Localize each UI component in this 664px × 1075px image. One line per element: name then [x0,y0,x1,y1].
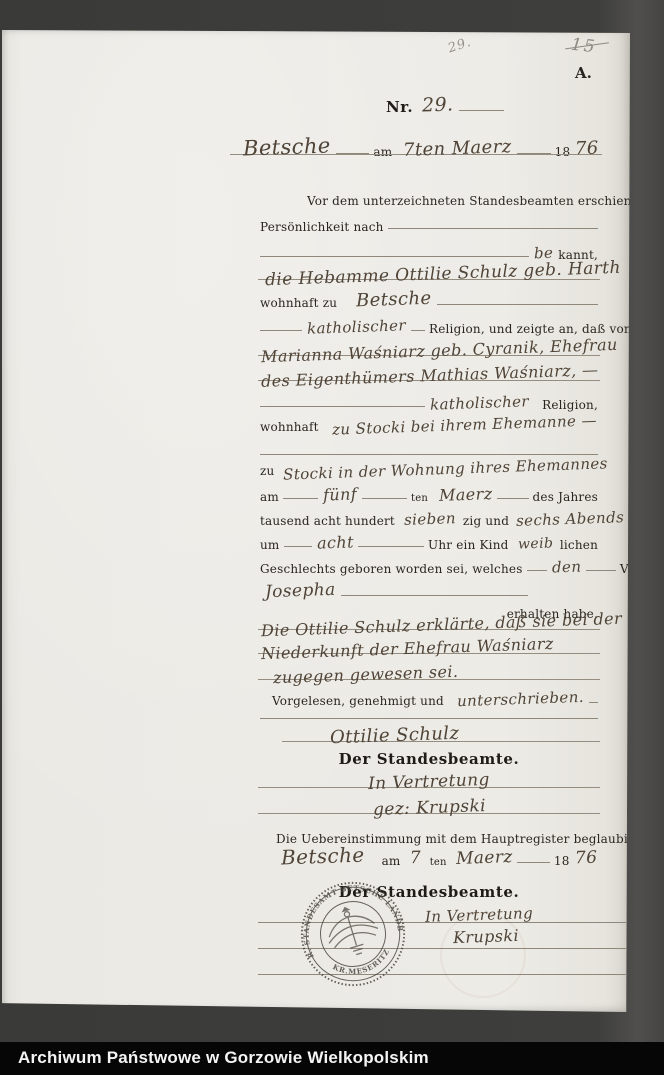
blank-line [260,252,529,257]
printed-text: Vor dem unterzeichneten Standesbeamten e… [305,194,664,208]
blank-line [586,566,616,571]
blank-line [362,494,407,499]
handwritten-text: den [548,557,584,576]
crossed-page-number: 15 [570,35,598,58]
date-year: 76 [572,137,602,159]
blank-line [358,542,424,547]
form-row: Der Standesbeamte. [258,742,600,768]
form-row: In Vertretung [258,766,600,792]
blank-line [260,402,425,407]
blank-line [260,714,598,719]
form-row: Die Ottilie Schulz erklärte, daß sie bei… [258,608,600,634]
printed-text: Geschlechts geboren worden sei, welches [258,562,525,576]
handwritten-text: Maerz [452,847,515,869]
birth-date-row: amfünftenMaerzdes Jahres [258,478,600,504]
form-row: zuStocki in der Wohnung ihres Ehemannes [258,452,600,478]
stamp-bottom-text: KR.MESERITZ [329,945,395,983]
blank-line [437,300,598,305]
pencil-number: 29. [446,35,473,57]
blank-line [497,494,528,499]
printed-text: ten [428,857,449,868]
printed-text: wohnhaft zu [258,296,339,310]
blank-line [388,224,598,229]
bleed-through-stamp [440,912,526,998]
form-row: Persönlichkeit nach [258,208,600,234]
birth-time-row: umachtUhr ein Kindweiblichen [258,526,600,552]
svg-text:KR.MESERITZ: KR.MESERITZ [329,945,395,983]
father-row: des Eigenthümers Mathias Waśniarz, — [258,359,600,385]
form-row: wohnhaft zuBetsche [258,284,600,310]
place-date-row: Betscheam7ten Maerz1876 [230,133,602,159]
corner-letter-a: A. [575,64,592,82]
blank-line [260,326,302,331]
mother-row: Marianna Waśniarz geb. Cyranik, Ehefrau [258,334,600,360]
blank-line [284,542,312,547]
form-row: zugegen gewesen sei. [258,658,600,684]
printed-text: wohnhaft [258,420,321,434]
blank-line [517,858,550,863]
registrar-signature: gez: Krupski [369,796,489,820]
blank-line [411,326,425,331]
deputy-note: In Vertretung [365,770,493,794]
handwritten-text: 76 [571,848,600,869]
printed-text: s [631,514,641,528]
handwritten-text: Betsche [353,288,435,312]
form-row: wohnhaftzu Stocki bei ihrem Ehemanne — [258,408,600,434]
entry-number: 29. [419,93,457,116]
handwritten-text: 7 [406,848,424,869]
scanned-archive-photo: { "archive_bar": { "label": "Archiwum Pa… [0,0,664,1075]
label-nr: Nr. [386,98,413,116]
archive-name: Archiwum Państwowe w Gorzowie Wielkopols… [18,1048,429,1068]
birth-year-row: tausend acht hundertsiebenzig undsechs A… [258,502,600,528]
form-row: gez: Krupski [258,792,600,818]
form-row: Geschlechts geboren worden sei, welchesd… [258,550,600,576]
archive-watermark-bar: Archiwum Państwowe w Gorzowie Wielkopols… [0,1042,664,1075]
date-day-month: 7ten Maerz [400,136,515,161]
blank-line [459,106,504,111]
record-number-row: Nr.29. [386,90,526,116]
form-row: Vor dem unterzeichneten Standesbeamten e… [305,182,625,208]
place-name: Betsche [240,133,334,160]
printed-text: Vornamen [618,562,664,576]
printed-text: am [371,145,394,159]
blank-line [283,494,318,499]
printed-text: Persönlichkeit nach [258,220,386,234]
form-row: Niederkunft der Ehefrau Waśniarz [258,632,600,658]
declarant-row: die Hebamme Ottilie Schulz geb. Harth [258,258,600,284]
handwritten-text: Betsche [278,842,368,869]
blank-line [527,566,547,571]
document-page: 29. 15 A. Nr.29.Betscheam7ten Maerz1876V… [2,30,630,1012]
printed-text: 18 [552,854,572,868]
printed-text: zu [258,464,276,478]
form-row: katholischerReligion, und zeigte an, daß… [258,310,600,336]
printed-text: 18 [553,145,573,159]
certification-date-row: Betscheam7tenMaerz1876 [264,842,600,868]
